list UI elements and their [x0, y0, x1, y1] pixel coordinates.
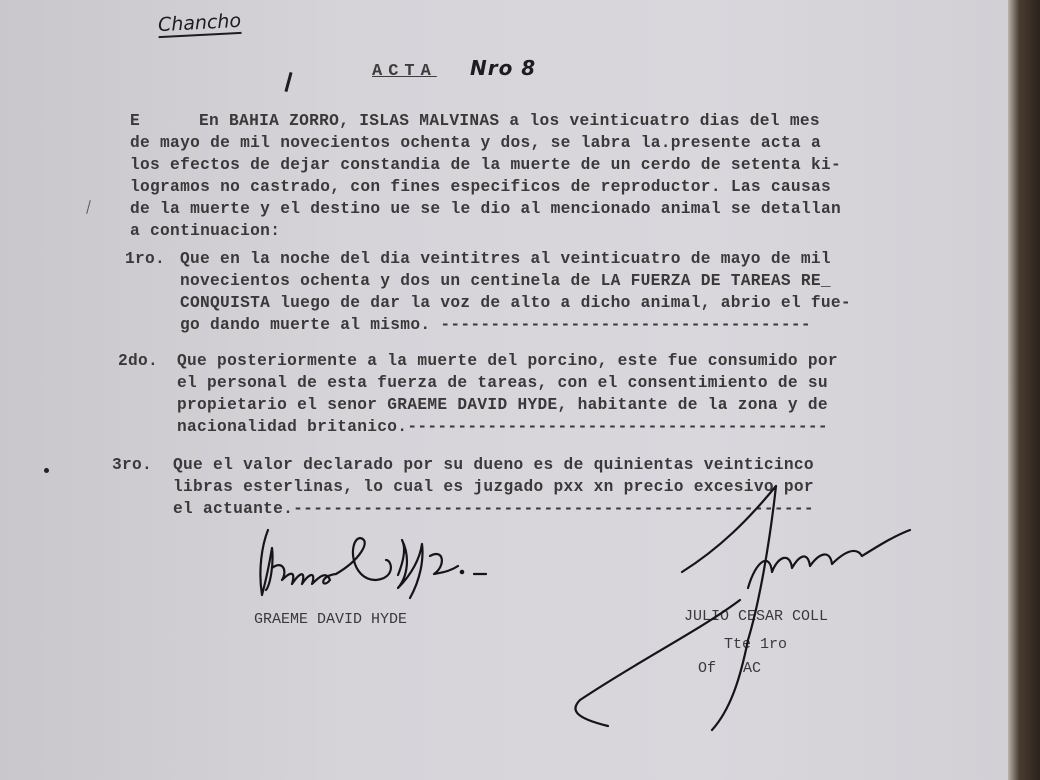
item-line: el personal de esta fuerza de tareas, co…: [177, 372, 828, 394]
item-label: 1ro.: [125, 248, 165, 270]
item-line: Que el valor declarado por su dueno es d…: [173, 454, 814, 476]
ink-spot: [44, 468, 49, 473]
document-title: ACTA: [372, 62, 437, 81]
intro-line: logramos no castrado, con fines especifi…: [130, 176, 831, 198]
item-line: el actuante.----------------------------…: [173, 498, 814, 520]
item-label: 2do.: [118, 350, 158, 372]
item-line: libras esterlinas, lo cual es juzgado px…: [173, 476, 814, 498]
pen-mark: [86, 200, 91, 214]
handwritten-act-number: Nro 8: [470, 56, 536, 80]
signature-hyde: [260, 530, 458, 598]
signatory-name: JULIO CESAR COLL: [684, 608, 828, 625]
scan-dark-edge: [1008, 0, 1040, 780]
document-page: Chancho ACTA Nro 8 E En BAHIA ZORRO, ISL…: [0, 0, 1010, 780]
intro-line: a continuacion:: [130, 220, 280, 242]
item-line: Que en la noche del dia veintitres al ve…: [180, 248, 831, 270]
item-line: Que posteriormente a la muerte del porci…: [177, 350, 838, 372]
item-line: propietario el senor GRAEME DAVID HYDE, …: [177, 394, 828, 416]
intro-line: los efectos de dejar constandia de la mu…: [130, 154, 841, 176]
signatory-name: GRAEME DAVID HYDE: [254, 611, 407, 628]
intro-line: En BAHIA ZORRO, ISLAS MALVINAS a los vei…: [199, 110, 820, 132]
intro-line: de la muerte y el destino ue se le dio a…: [130, 198, 841, 220]
item-line: nacionalidad britanico.-----------------…: [177, 416, 828, 438]
item-line: CONQUISTA luego de dar la voz de alto a …: [180, 292, 851, 314]
margin-letter: E: [130, 110, 140, 132]
pen-mark: [284, 72, 292, 92]
signatory-rank: Tte 1ro: [724, 636, 787, 653]
item-line: go dando muerte al mismo. --------------…: [180, 314, 811, 336]
item-line: novecientos ochenta y dos un centinela d…: [180, 270, 831, 292]
item-label: 3ro.: [112, 454, 152, 476]
signatory-unit: Of AC: [698, 660, 761, 677]
intro-line: de mayo de mil novecientos ochenta y dos…: [130, 132, 821, 154]
handwritten-note: Chancho: [157, 10, 241, 38]
